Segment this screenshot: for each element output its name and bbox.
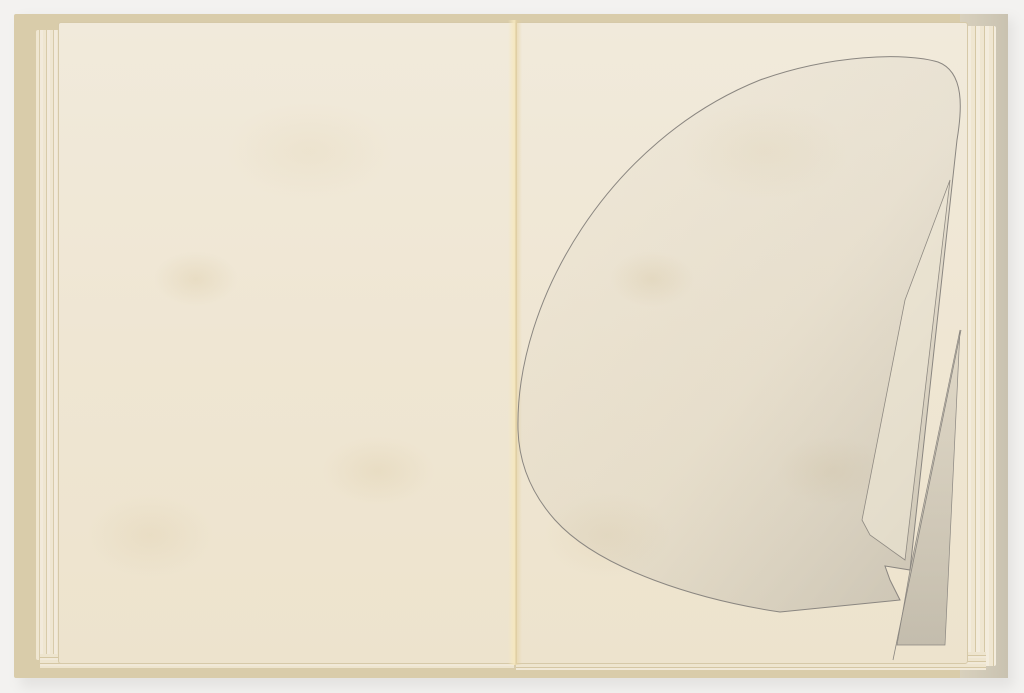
graphite-drawing (0, 0, 1024, 693)
photo-scene (0, 0, 1024, 693)
